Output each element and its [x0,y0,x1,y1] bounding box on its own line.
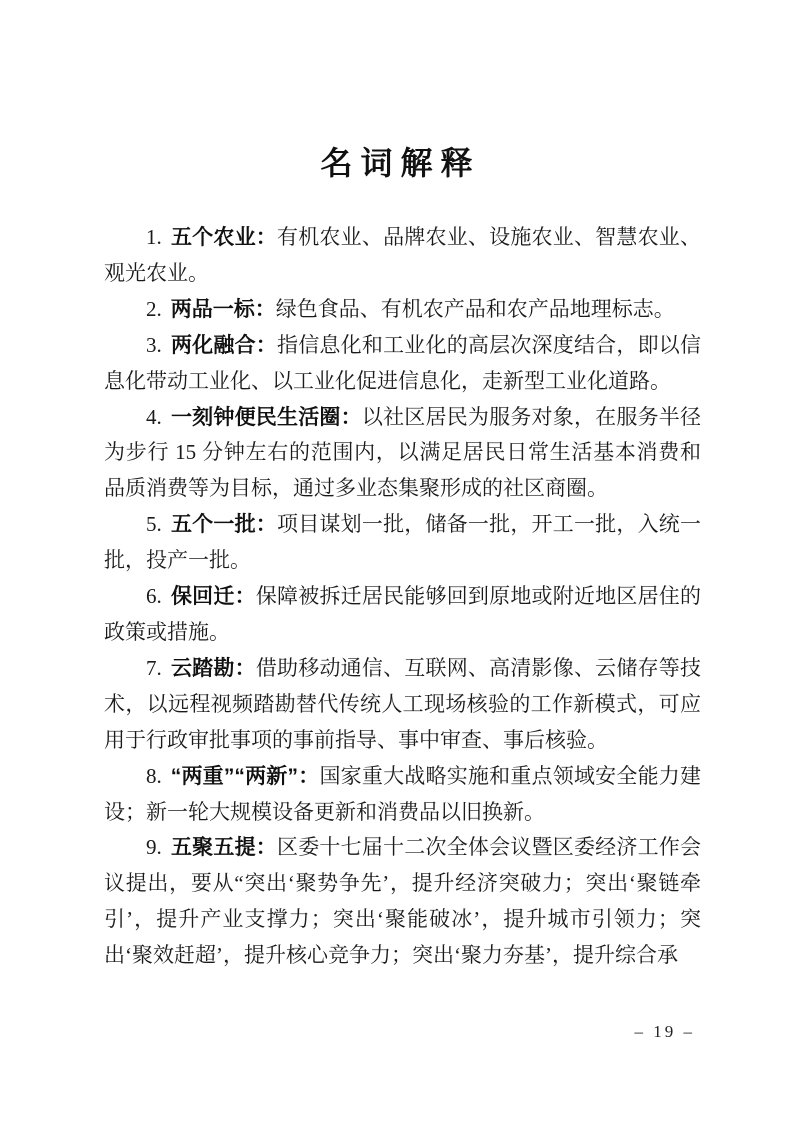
glossary-item-3: 3.两化融合：指信息化和工业化的高层次深度结合，即以信息化带动工业化、以工业化促… [104,328,701,400]
item-term: 保回迁： [171,585,256,608]
item-term: 两化融合： [171,334,277,357]
item-definition: 绿色食品、有机农产品和农产品地理标志。 [276,297,675,321]
item-term: “两重”“两新”： [171,765,320,788]
glossary-item-9: 9.五聚五提：区委十七届十二次全体会议暨区委经济工作会议提出，要从“突出‘聚势争… [104,830,701,974]
glossary-item-1: 1.五个农业：有机农业、品牌农业、设施农业、智慧农业、观光农业。 [104,220,701,292]
item-term: 五个一批： [171,513,277,536]
item-number: 6. [146,584,171,608]
glossary-item-6: 6.保回迁：保障被拆迁居民能够回到原地或附近地区居住的政策或措施。 [104,579,701,651]
item-term: 一刻钟便民生活圈： [171,406,362,429]
item-term: 五聚五提： [171,836,277,859]
document-page: 名 词 解 释 1.五个农业：有机农业、品牌农业、设施农业、智慧农业、观光农业。… [0,0,793,1122]
item-number: 7. [146,656,171,680]
item-number: 9. [146,835,171,859]
page-title: 名 词 解 释 [0,140,793,186]
glossary-item-8: 8.“两重”“两新”：国家重大战略实施和重点领域安全能力建设；新一轮大规模设备更… [104,759,701,831]
glossary-content: 1.五个农业：有机农业、品牌农业、设施农业、智慧农业、观光农业。 2.两品一标：… [104,220,701,974]
item-number: 5. [146,512,171,536]
glossary-item-2: 2.两品一标：绿色食品、有机农产品和农产品地理标志。 [104,292,701,328]
item-term: 云踏勘： [171,657,256,680]
item-number: 4. [146,405,171,429]
item-number: 1. [146,225,171,249]
glossary-item-7: 7.云踏勘：借助移动通信、互联网、高清影像、云储存等技术，以远程视频踏勘替代传统… [104,651,701,759]
page-number: – 19 – [635,1022,696,1042]
glossary-item-4: 4.一刻钟便民生活圈：以社区居民为服务对象，在服务半径为步行 15 分钟左右的范… [104,400,701,508]
item-term: 五个农业： [171,226,277,249]
glossary-item-5: 5.五个一批：项目谋划一批，储备一批，开工一批，入统一批，投产一批。 [104,507,701,579]
item-term: 两品一标： [171,298,276,321]
item-number: 8. [146,764,171,788]
item-number: 3. [146,333,171,357]
item-number: 2. [146,297,171,321]
